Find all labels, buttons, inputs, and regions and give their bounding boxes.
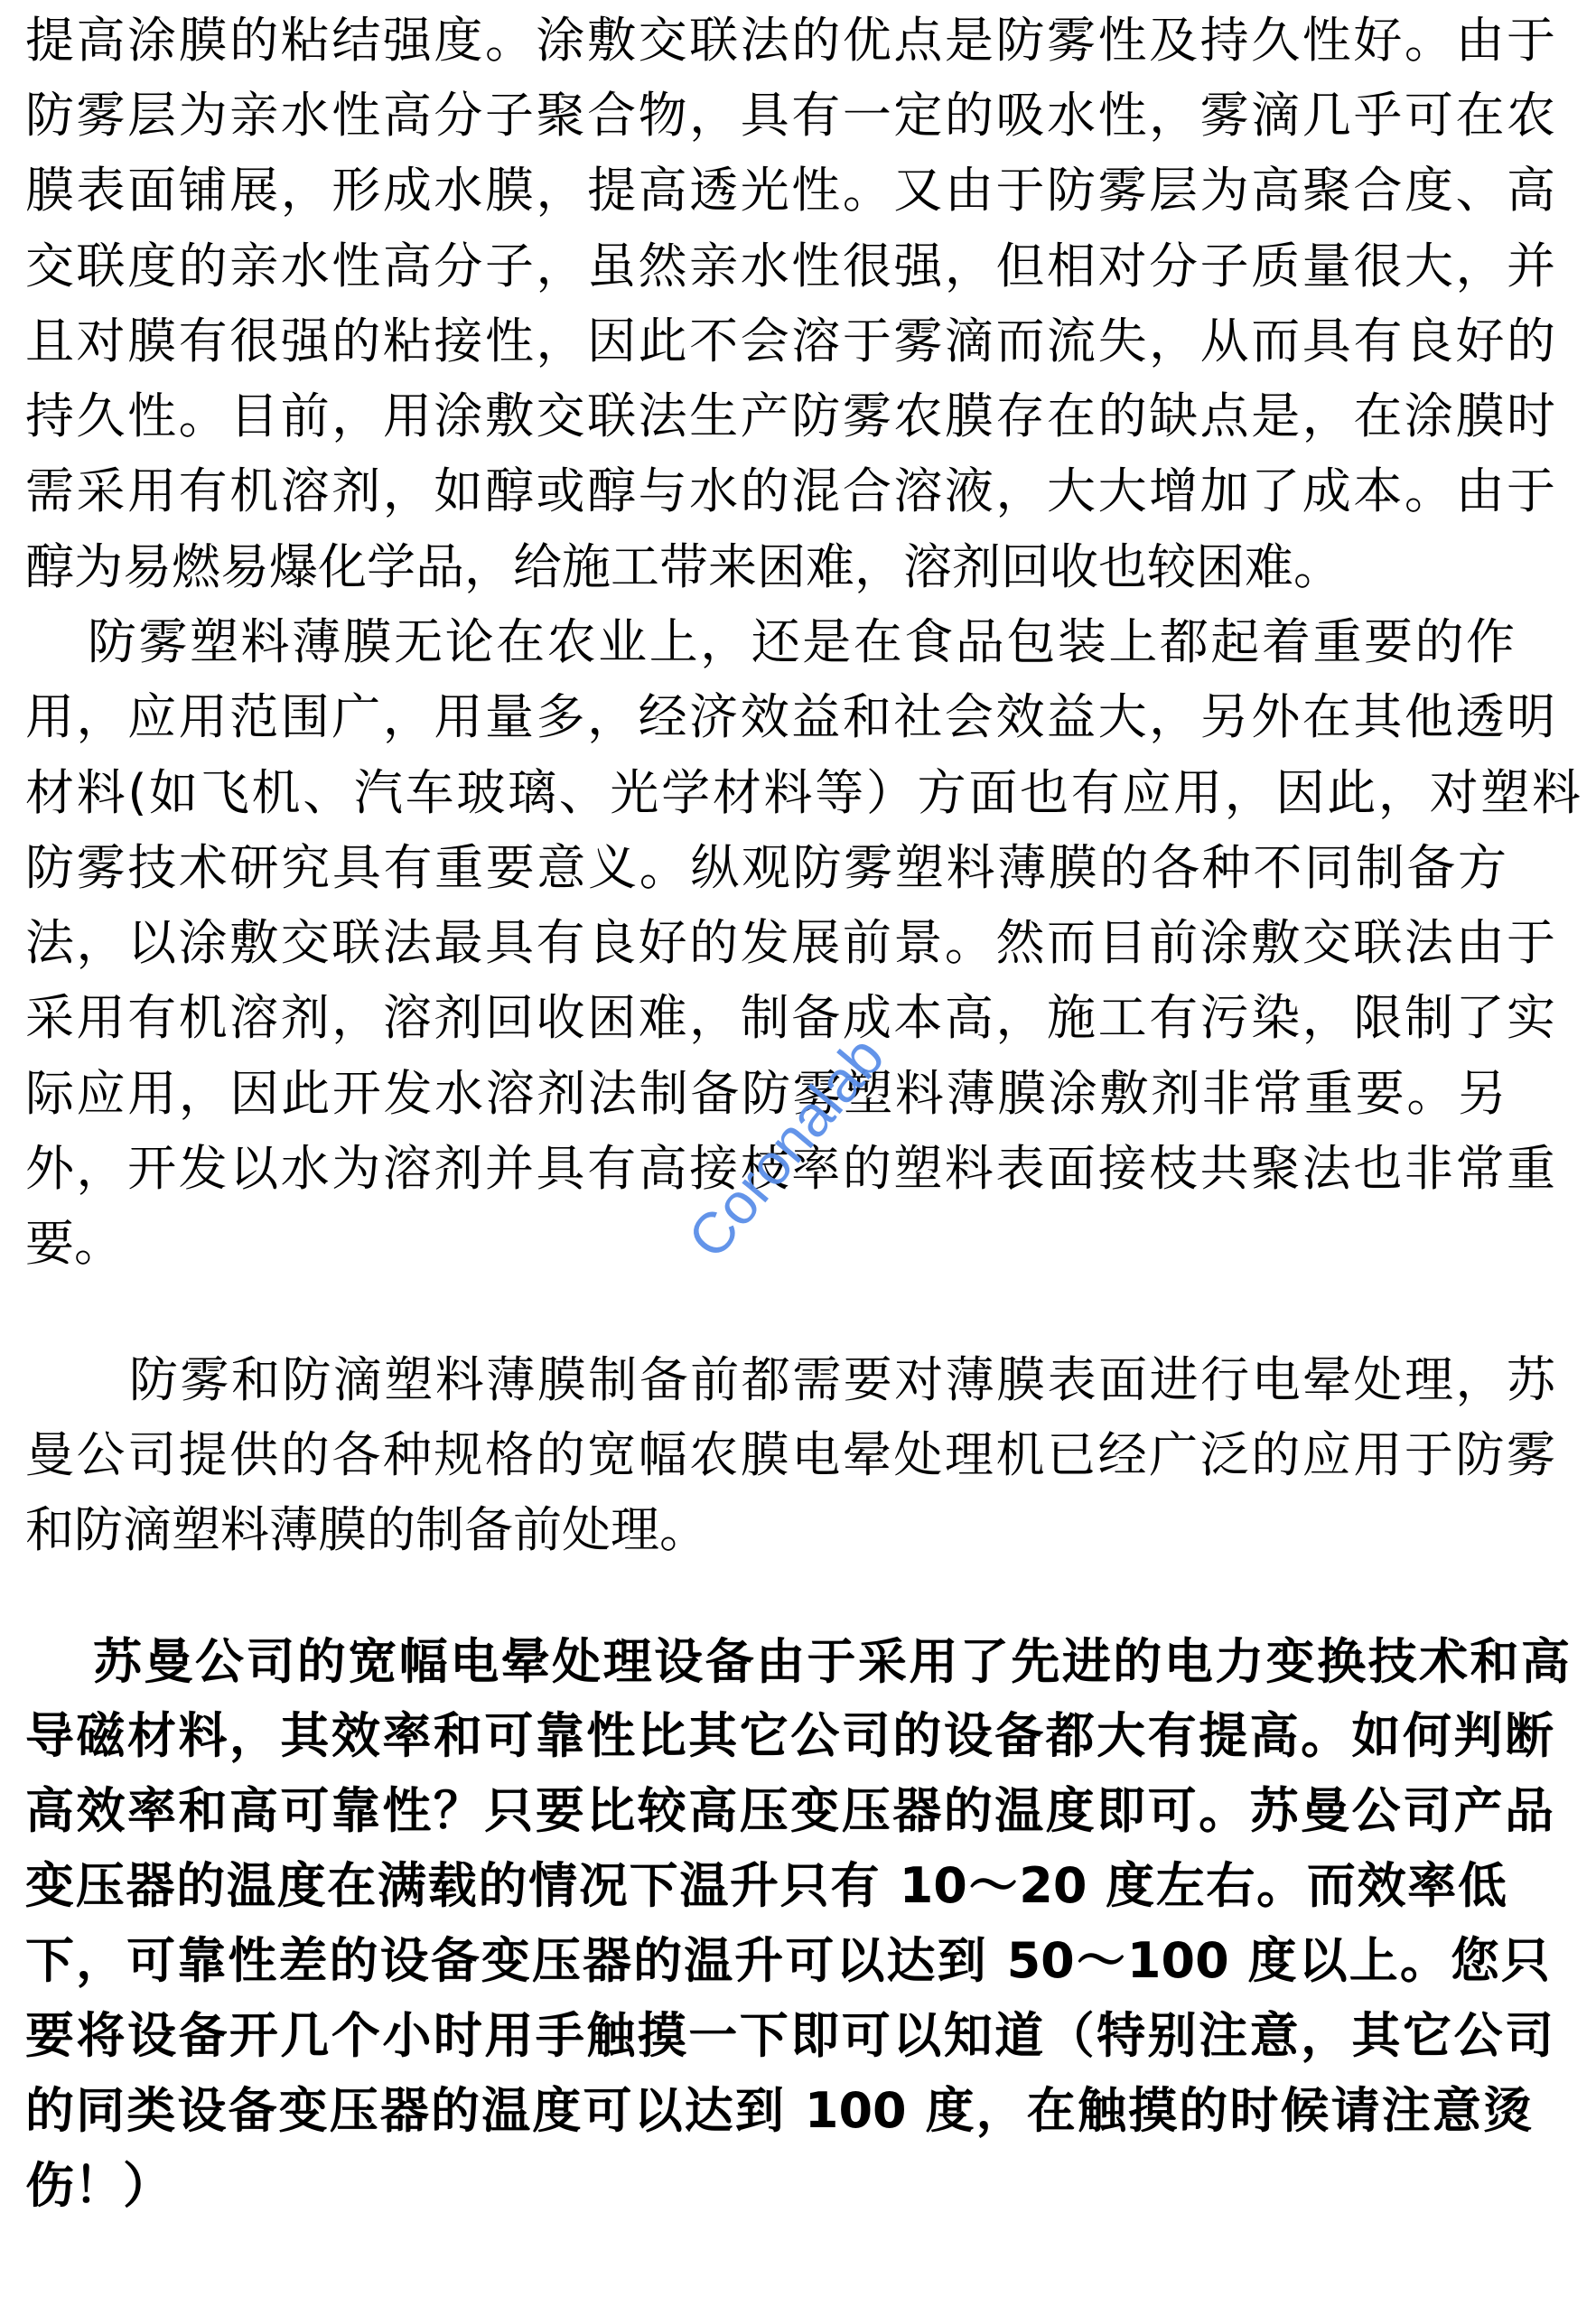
text-line: 变压器的温度在满载的情况下温升只有 10～20 度左右。而效率低	[25, 1857, 1507, 1915]
text-line: 需采用有机溶剂，如醇或醇与水的混合溶液，大大增加了成本。由于	[25, 462, 1555, 520]
document-page: 提高涂膜的粘结强度。涂敷交联法的优点是防雾性及持久性好。由于 防雾层为亲水性高分…	[0, 0, 1596, 2316]
text-line: 防雾层为亲水性高分子聚合物，具有一定的吸水性，雾滴几乎可在农	[25, 87, 1555, 145]
text-line: 防雾和防滴塑料薄膜制备前都需要对薄膜表面进行电晕处理，苏	[129, 1351, 1555, 1409]
text-line: 材料(如飞机、汽车玻璃、光学材料等）方面也有应用，因此，对塑料	[25, 764, 1581, 822]
text-line: 的同类设备变压器的温度可以达到 100 度，在触摸的时候请注意烫	[25, 2082, 1532, 2140]
text-line: 高效率和高可靠性？只要比较高压变压器的温度即可。苏曼公司产品	[25, 1782, 1554, 1840]
text-line: 要。	[25, 1215, 1555, 1273]
text-line: 提高涂膜的粘结强度。涂敷交联法的优点是防雾性及持久性好。由于	[25, 12, 1555, 70]
text-line: 采用有机溶剂，溶剂回收困难，制备成本高，施工有污染，限制了实	[25, 989, 1555, 1047]
text-line: 持久性。目前，用涂敷交联法生产防雾农膜存在的缺点是，在涂膜时	[25, 388, 1555, 445]
text-line: 防雾塑料薄膜无论在农业上，还是在食品包装上都起着重要的作	[88, 613, 1515, 671]
text-line: 用，应用范围广，用量多，经济效益和社会效益大，另外在其他透明	[25, 688, 1555, 746]
text-line: 醇为易燃易爆化学品，给施工带来困难，溶剂回收也较困难。	[25, 538, 1555, 596]
text-line: 且对膜有很强的粘接性，因此不会溶于雾滴而流失，从而具有良好的	[25, 313, 1555, 370]
text-line: 际应用，因此开发水溶剂法制备防雾塑料薄膜涂敷剂非常重要。另	[25, 1065, 1507, 1123]
text-line: 外，开发以水为溶剂并具有高接枝率的塑料表面接枝共聚法也非常重	[25, 1140, 1555, 1198]
text-line: 导磁材料，其效率和可靠性比其它公司的设备都大有提高。如何判断	[25, 1707, 1554, 1765]
text-line: 下，可靠性差的设备变压器的温升可以达到 50～100 度以上。您只	[25, 1932, 1550, 1990]
text-line: 伤！）	[25, 2157, 1554, 2215]
text-line: 交联度的亲水性高分子，虽然亲水性很强，但相对分子质量很大，并	[25, 238, 1555, 295]
text-line: 法，以涂敷交联法最具有良好的发展前景。然而目前涂敷交联法由于	[25, 914, 1555, 972]
text-line: 苏曼公司的宽幅电晕处理设备由于采用了先进的电力变换技术和高	[93, 1633, 1570, 1691]
text-line: 要将设备开几个小时用手触摸一下即可以知道（特别注意，其它公司	[25, 2007, 1554, 2065]
text-line: 曼公司提供的各种规格的宽幅农膜电晕处理机已经广泛的应用于防雾	[25, 1426, 1555, 1484]
text-line: 膜表面铺展，形成水膜，提高透光性。又由于防雾层为高聚合度、高	[25, 162, 1555, 219]
text-line: 防雾技术研究具有重要意义。纵观防雾塑料薄膜的各种不同制备方	[25, 839, 1507, 897]
text-line: 和防滴塑料薄膜的制备前处理。	[25, 1501, 1555, 1559]
